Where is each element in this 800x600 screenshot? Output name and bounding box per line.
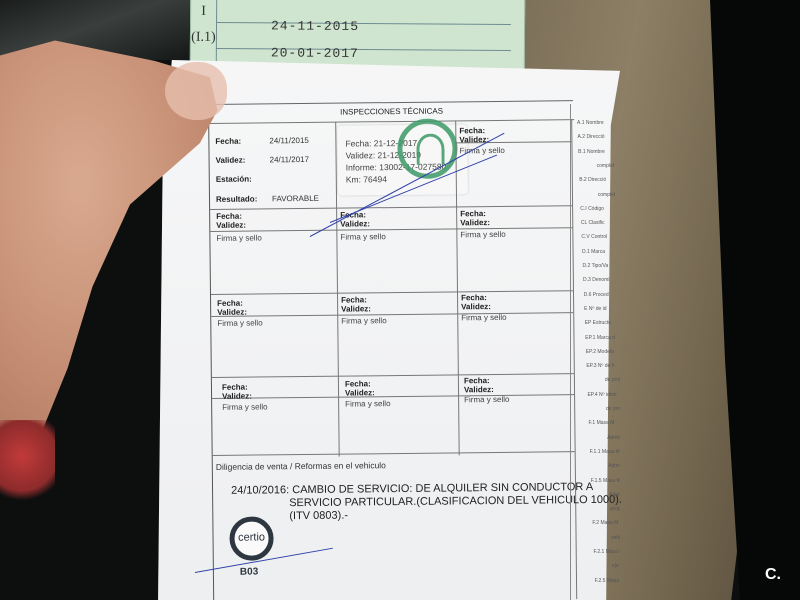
validez-label: Validez: <box>216 156 246 165</box>
inspection-form: INSPECCIONES TÉCNICAS Fecha: 24/11/2015 … <box>208 100 578 600</box>
cell-firma-label: Firma y sello <box>341 316 386 325</box>
vehicle-data-field: C.V Control <box>581 234 607 240</box>
cell-fecha-label: Fecha: <box>217 299 243 308</box>
vehicle-data-field: D.6 Proced <box>584 292 609 298</box>
cell-firma-label: Firma y sello <box>461 313 506 322</box>
vehicle-data-field: EP.1 Marca d <box>585 335 615 341</box>
vehicle-data-field: vehículo <box>611 535 620 541</box>
cell-validez-label: Validez: <box>216 221 246 230</box>
cell-firma-label: Firma y sello <box>222 402 267 411</box>
vehicle-data-field: complet <box>597 163 615 169</box>
estacion-label: Estación: <box>216 175 252 184</box>
validez-value: 24/11/2017 <box>270 155 310 164</box>
vehicle-data-field: D.3 Denomi <box>583 277 609 283</box>
cell-validez-label: Validez: <box>340 219 370 228</box>
cell-firma-label: Firma y sello <box>460 230 505 239</box>
resultado-label: Resultado: <box>216 194 257 203</box>
sticker-km: Km: 76494 <box>346 174 387 184</box>
certio-brand: certio <box>234 531 268 543</box>
green-card-row-line <box>216 48 511 51</box>
cell-firma-label: Firma y sello <box>464 395 509 404</box>
green-card-row-date: 20-01-2017 <box>271 45 359 61</box>
reform-entry: 24/10/2016: CAMBIO DE SERVICIO: DE ALQUI… <box>231 481 622 524</box>
cell-fecha-label: Fecha: <box>459 126 485 135</box>
certio-stamp-icon: certio <box>229 516 273 560</box>
form-title: INSPECCIONES TÉCNICAS <box>209 105 574 118</box>
vehicle-data-field: EP.4 Nº ident <box>587 392 616 398</box>
green-official-stamp-icon <box>397 118 458 179</box>
vehicle-data-field: F.2.5 Masa M <box>595 578 620 584</box>
vehicle-data-field: EP Estructu <box>585 320 611 326</box>
vehicle-data-field: EP.3 Nº de h <box>586 363 614 369</box>
vehicle-data-field: F.2.1 Masa M <box>594 549 621 555</box>
vehicle-data-field: F.1.5 Masa M <box>591 478 620 484</box>
car-keys-icon <box>0 420 55 510</box>
cell-firma-label: Firma y sello <box>216 233 261 242</box>
cell-fecha-label: Fecha: <box>341 295 367 304</box>
fecha-value: 24/11/2015 <box>269 136 309 145</box>
vehicle-data-field: CL Clasific <box>581 220 605 226</box>
corner-label: C. <box>765 566 781 584</box>
cell-fecha-label: Fecha: <box>460 209 486 218</box>
cell-validez-label: Validez: <box>464 385 494 394</box>
vehicle-data-field: Admisi <box>609 492 620 498</box>
cell-validez-label: Validez: <box>345 388 375 397</box>
vehicle-data-field: A.2 Direcció <box>578 134 605 140</box>
vehicle-data-field: F.1 Masa M <box>589 420 615 426</box>
cell-validez-label: Validez: <box>461 302 491 311</box>
vehicle-data-field: de prot <box>605 377 620 383</box>
vehicle-data-field: C.I Código <box>580 206 604 212</box>
green-card-row-line <box>216 22 511 25</box>
vehicle-data-field: EP.2 Modelo <box>586 349 614 355</box>
resultado-value: FAVORABLE <box>272 194 319 203</box>
vehicle-data-field: complet <box>598 192 616 198</box>
green-card-row-label: I <box>191 4 216 20</box>
vehicle-data-field: D.1 Marca <box>582 249 605 255</box>
cell-fecha-label: Fecha: <box>461 293 487 302</box>
vehicle-data-field: F.1.1 Masa M <box>590 449 620 455</box>
cell-firma-label: Firma y sello <box>340 232 385 241</box>
vehicle-data-field: B.1 Nombre <box>578 149 605 155</box>
vehicle-data-field: B.2 Direcció <box>579 177 606 183</box>
reform-line: (ITV 0803).- <box>231 507 622 524</box>
cell-firma-label: Firma y sello <box>345 399 390 408</box>
vehicle-data-field: eje 1º <box>612 563 620 569</box>
cell-validez-label: Validez: <box>217 308 247 317</box>
vehicle-data-field: D.2 Tipo/Va <box>583 263 609 269</box>
vehicle-data-field: F.2 Masa M <box>592 520 618 526</box>
vehicle-data-field: E Nº de id <box>584 306 606 312</box>
thumbnail <box>165 62 227 120</box>
fecha-label: Fecha: <box>215 137 241 146</box>
vehicle-data-field: de prot <box>606 406 620 412</box>
cell-fecha-label: Fecha: <box>222 383 248 392</box>
cell-fecha-label: Fecha: <box>345 379 371 388</box>
vehicle-data-column: A.1 NombreA.2 DireccióB.1 NombrecompletB… <box>570 104 620 600</box>
certio-code: B03 <box>240 566 258 577</box>
diligencia-title: Diligencia de venta / Reformas en el veh… <box>216 460 386 472</box>
vehicle-data-field: A.1 Nombre <box>577 120 604 126</box>
cell-fecha-label: Fecha: <box>216 212 242 221</box>
green-card-row-date: 24-11-2015 <box>271 18 359 34</box>
cell-fecha-label: Fecha: <box>464 376 490 385</box>
vehicle-data-field: acoplam <box>610 506 620 512</box>
vehicle-data-field: Admisi <box>607 435 620 441</box>
cell-firma-label: Firma y sello <box>217 318 262 327</box>
cell-validez-label: Validez: <box>460 218 490 227</box>
cell-validez-label: Validez: <box>222 392 252 401</box>
vehicle-data-field: Admisib <box>608 463 620 469</box>
green-card-row-label: (I.1) <box>191 30 216 46</box>
cell-validez-label: Validez: <box>341 304 371 313</box>
